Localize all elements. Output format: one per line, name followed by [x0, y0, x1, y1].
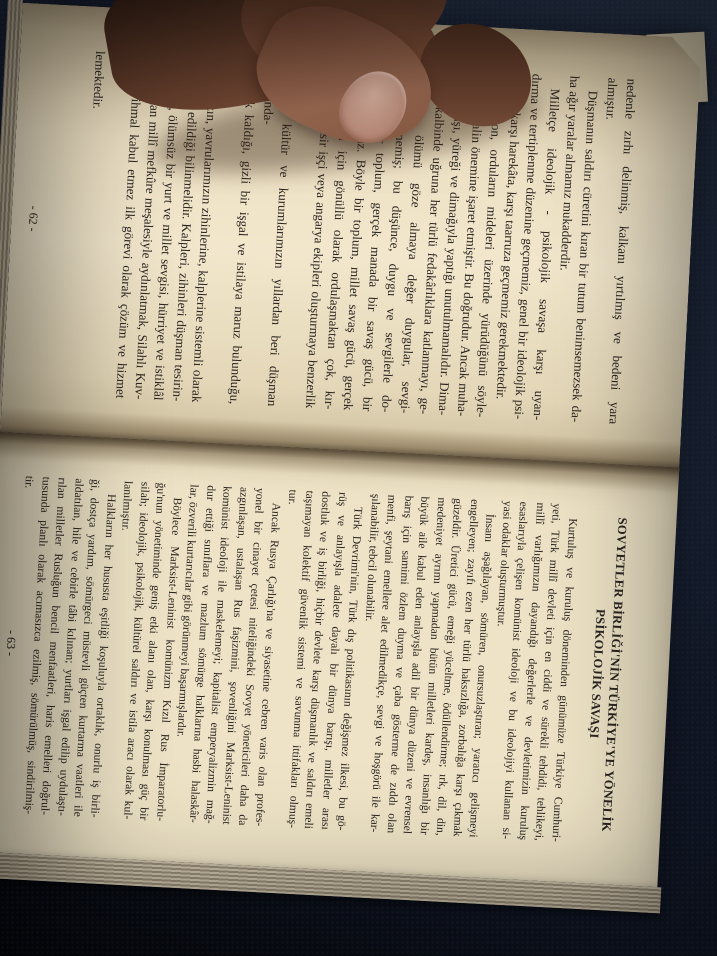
book-page-62: nedenle zırhı delinmiş, kalkanı yırtılmı…: [0, 3, 702, 468]
book-page-63: SOVYETLER BİRLİĞİ'NİN TÜRKİYE'YE YÖNELİK…: [0, 432, 679, 887]
page-62-number: - 62 -: [14, 4, 51, 434]
photo-scene: nedenle zırhı delinmiş, kalkanı yırtılmı…: [0, 0, 717, 956]
page-62-text: nedenle zırhı delinmiş, kalkanı yırtılmı…: [71, 7, 702, 468]
paragraph: İnsanı aşağılayan, sömüren, onursuzlaştı…: [349, 493, 499, 837]
paragraph: Eğitim, kültür ve kurumlarımızın yıllard…: [73, 50, 300, 406]
page-63-text: Kurtuluş ve kuruluş döneminden günümüze …: [1, 433, 583, 882]
book-spread: nedenle zırhı delinmiş, kalkanı yırtılmı…: [0, 3, 702, 887]
paragraph: Kurtuluş ve kuruluş döneminden günümüze …: [481, 500, 581, 842]
paragraph: Napolyon, orduların mideleri üzerinde yü…: [282, 61, 509, 417]
paragraph: Ancak Rusya Çarlığı'na ve siyasetine ceb…: [168, 484, 285, 827]
